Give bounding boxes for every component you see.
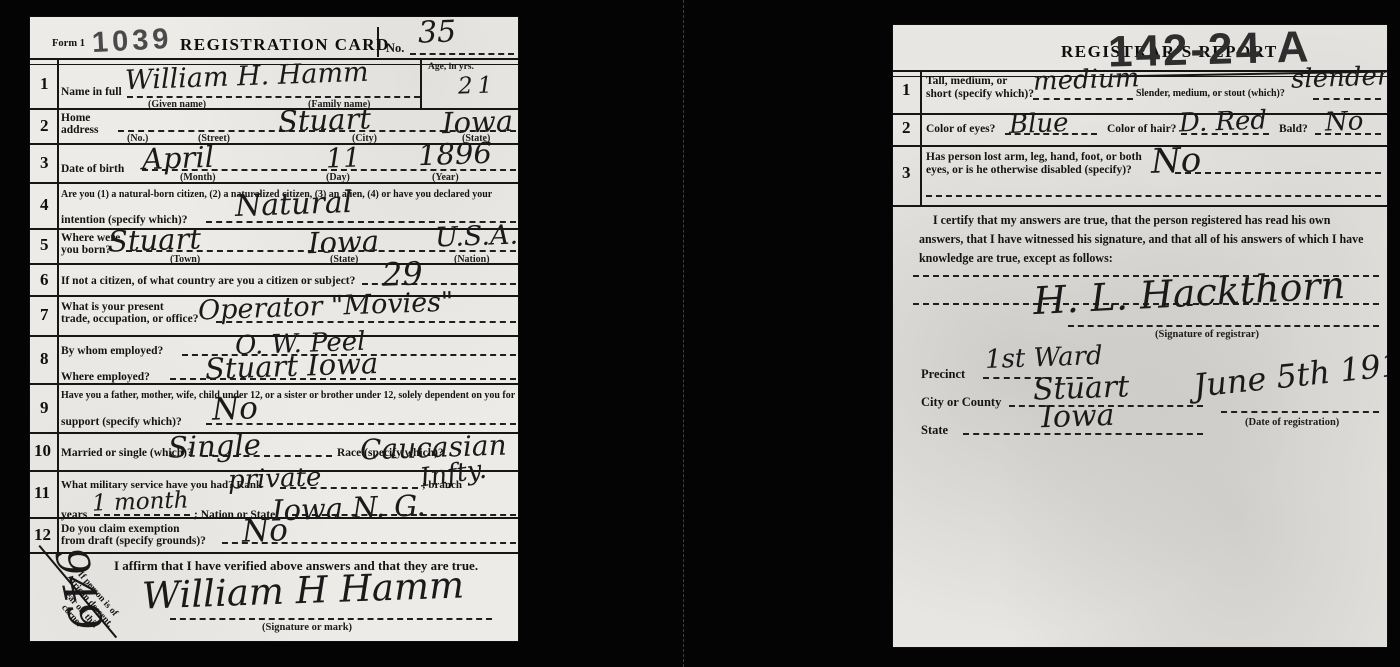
report-row-separator — [893, 205, 1387, 207]
address-state-handwriting: Iowa — [441, 104, 513, 140]
state-label: State — [921, 423, 948, 438]
employed-where-label: Where employed? — [61, 371, 150, 383]
certification-line1: I certify that my answers are true, that… — [933, 213, 1330, 228]
row-number-1: 1 — [40, 74, 49, 94]
disability-question-line2: eyes, or is he otherwise disabled (speci… — [926, 164, 1132, 176]
trade-label-line1: What is your present — [61, 301, 164, 313]
disability-value-handwriting: No — [1150, 140, 1202, 182]
rank-value-handwriting: private — [228, 462, 322, 495]
alien-question: If not a citizen, of what country are yo… — [61, 275, 355, 287]
address-city-handwriting: Stuart — [277, 101, 371, 138]
row-number-10: 10 — [34, 441, 51, 461]
serial-number-stamp: 1039 — [91, 23, 173, 60]
trade-label-line2: trade, occupation, or office? — [61, 313, 198, 325]
build-answer-line — [1313, 98, 1381, 100]
exemption-label-line1: Do you claim exemption — [61, 523, 180, 535]
card-title: REGISTRATION CARD — [180, 35, 390, 55]
report-number-column-rule — [920, 70, 922, 205]
no-label: No. — [386, 41, 404, 56]
bald-value-handwriting: No — [1324, 106, 1363, 137]
employed-where-value-handwriting: Stuart Iowa — [204, 346, 378, 386]
name-label: Name in full — [61, 86, 122, 98]
born-nation-handwriting: U.S.A. — [434, 220, 518, 254]
row-number-7: 7 — [40, 305, 49, 325]
film-scan-seam-line — [683, 0, 684, 667]
report-row-number-3: 3 — [902, 163, 911, 183]
precinct-label: Precinct — [921, 367, 965, 382]
dependents-value-handwriting: No — [211, 390, 258, 428]
dependents-question-line1: Have you a father, mother, wife, child u… — [61, 390, 515, 401]
birth-year-handwriting: 1896 — [417, 136, 492, 173]
age-label: Age, in yrs. — [428, 62, 474, 72]
scanned-draft-card-image: Form 1 1039 REGISTRATION CARD No. 35 1 2… — [0, 0, 1400, 667]
build-value-handwriting: slender — [1291, 61, 1387, 94]
hair-value-handwriting: D. Red — [1179, 105, 1268, 138]
registration-date-line — [1221, 411, 1379, 413]
citizen-value-handwriting: Natural — [234, 185, 352, 224]
born-state-handwriting: Iowa — [307, 224, 379, 260]
row-separator — [30, 182, 518, 184]
signature-line — [170, 618, 492, 620]
header-divider — [377, 27, 379, 57]
registrars-report-card: REGISTRAR'S REPORT 142-24 A 1 2 3 Tall, … — [893, 25, 1387, 647]
row-separator — [30, 552, 518, 554]
marital-value-handwriting: Single — [167, 427, 261, 464]
disability-answer-line2 — [926, 195, 1381, 197]
birth-month-handwriting: April — [141, 140, 214, 176]
hair-label: Color of hair? — [1107, 123, 1176, 135]
registrar-signature-line — [1068, 325, 1379, 327]
height-answer-line — [1033, 98, 1133, 100]
birth-day-handwriting: 11 — [325, 142, 360, 174]
row-number-12: 12 — [34, 525, 51, 545]
row-number-2: 2 — [40, 116, 49, 136]
report-row-number-2: 2 — [902, 118, 911, 138]
registration-date-caption: (Date of registration) — [1245, 417, 1339, 428]
certification-line2: answers, that I have witnessed his signa… — [919, 232, 1363, 247]
registrar-signature-caption: (Signature of registrar) — [1155, 329, 1259, 340]
employer-label: By whom employed? — [61, 345, 163, 357]
no-value-handwriting: 35 — [417, 17, 456, 51]
born-label-line2: you born? — [61, 244, 111, 256]
dependents-question-line2: support (specify which)? — [61, 416, 182, 428]
row-number-5: 5 — [40, 235, 49, 255]
birthdate-label: Date of birth — [61, 163, 124, 175]
row-number-6: 6 — [40, 270, 49, 290]
city-county-label: City or County — [921, 395, 1001, 410]
years-value-handwriting: 1 month — [92, 487, 189, 516]
disability-question-line1: Has person lost arm, leg, hand, foot, or… — [926, 151, 1142, 163]
home-label: Home — [61, 112, 90, 124]
registration-card: Form 1 1039 REGISTRATION CARD No. 35 1 2… — [30, 17, 518, 641]
build-label: Slender, medium, or stout (which)? — [1136, 88, 1285, 99]
registrar-signature-handwriting: H. L. Hackthorn — [1032, 263, 1346, 323]
bald-label: Bald? — [1279, 123, 1308, 135]
eyes-value-handwriting: Blue — [1008, 108, 1069, 140]
age-box-rule — [420, 58, 422, 108]
row-number-3: 3 — [40, 153, 49, 173]
height-label-line1: Tall, medium, or — [926, 75, 1007, 87]
age-value-handwriting: 21 — [458, 72, 498, 99]
row-number-11: 11 — [34, 483, 50, 503]
signature-caption: (Signature or mark) — [262, 622, 352, 633]
row-number-8: 8 — [40, 349, 49, 369]
height-value-handwriting: medium — [1033, 63, 1140, 97]
report-row-separator — [893, 113, 1387, 115]
exemption-value-handwriting: No — [241, 512, 288, 550]
form-number-label: Form 1 — [52, 38, 85, 49]
certification-line3: knowledge are true, except as follows: — [919, 251, 1113, 266]
address-label: address — [61, 124, 99, 136]
nation-state-value-handwriting: Iowa N. G. — [271, 488, 426, 527]
born-town-handwriting: Stuart — [107, 221, 201, 258]
disability-answer-line1 — [1175, 172, 1381, 174]
name-answer-line — [127, 96, 420, 98]
years-label: years — [61, 509, 87, 521]
report-row-number-1: 1 — [902, 80, 911, 100]
height-label-line2: short (specify which)? — [926, 88, 1034, 100]
row-number-4: 4 — [40, 195, 49, 215]
report-row-separator — [893, 145, 1387, 147]
eyes-label: Color of eyes? — [926, 123, 995, 135]
registration-date-handwriting: June 5th 1917 — [1192, 343, 1387, 405]
state-value-handwriting: Iowa — [1040, 398, 1115, 436]
row-separator — [30, 263, 518, 265]
row-number-9: 9 — [40, 398, 49, 418]
number-column-rule — [57, 58, 59, 552]
no-answer-line — [410, 53, 514, 55]
